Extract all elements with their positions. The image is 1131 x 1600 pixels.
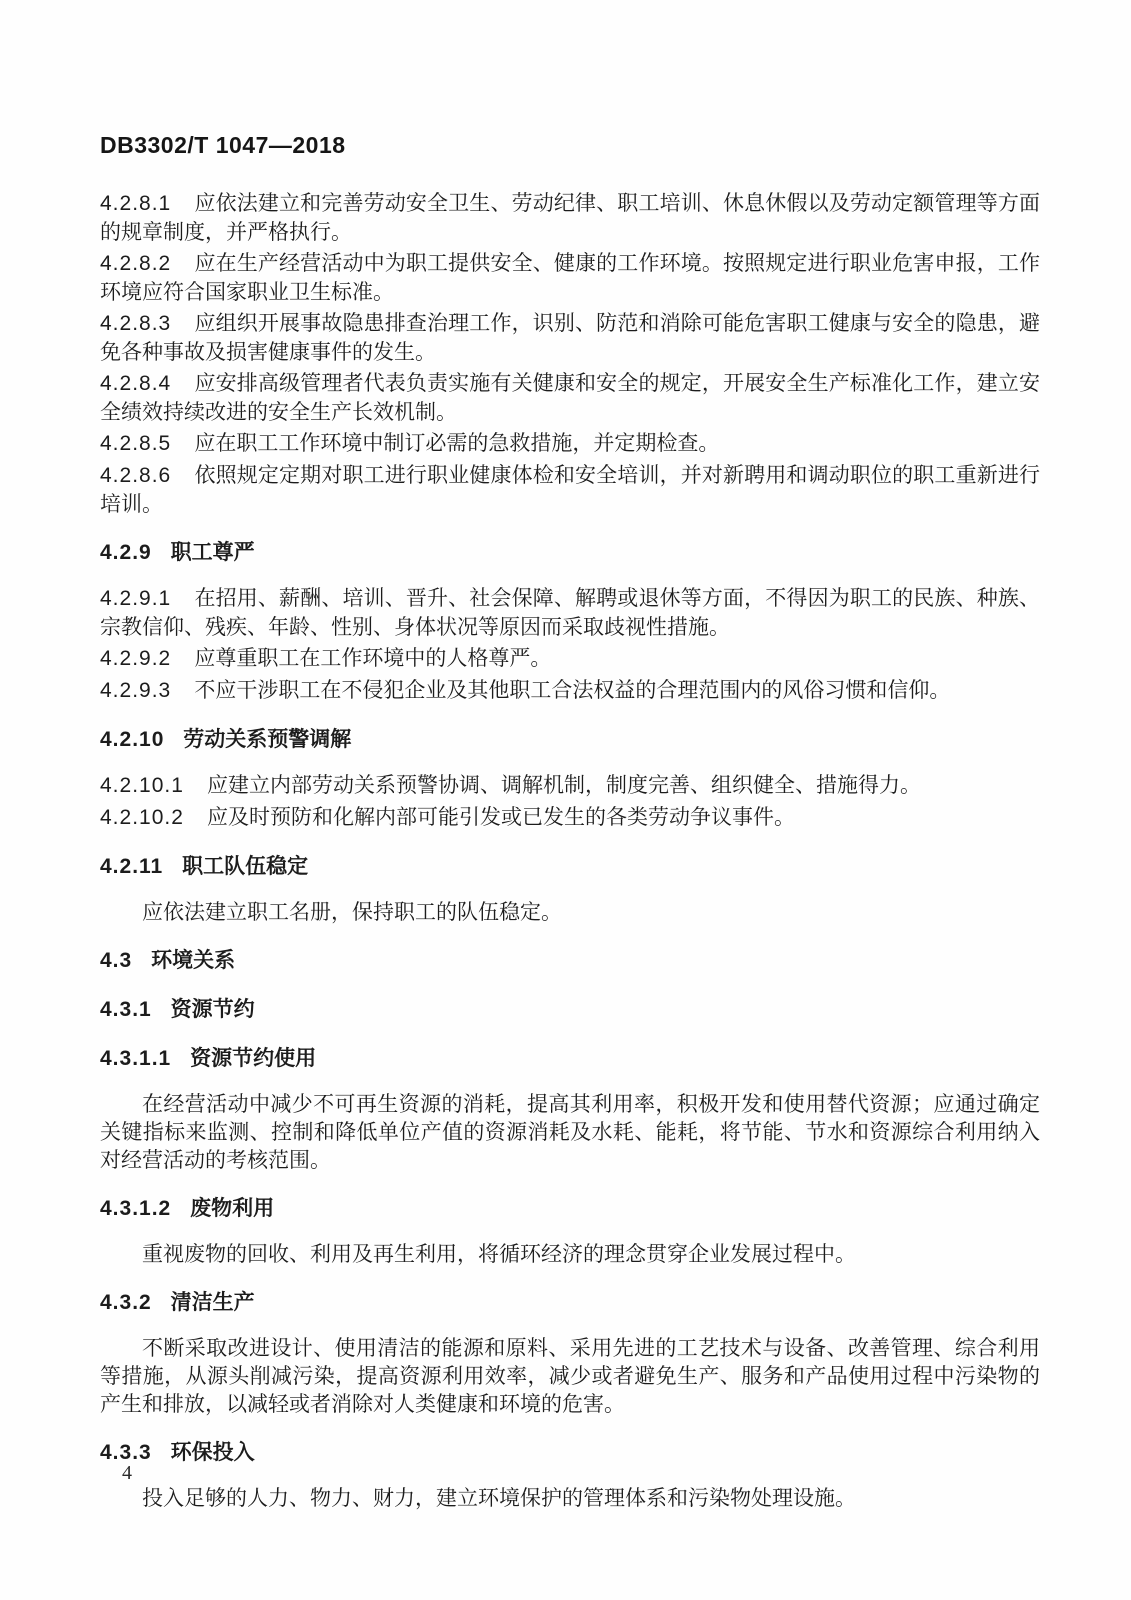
clause-number: 4.2.10.2 [100,806,184,829]
section-heading-4-3-2: 4.3.2清洁生产 [100,1289,1040,1317]
clause-4-2-8-5: 4.2.8.5应在职工工作环境中制订必需的急救措施，并定期检查。 [100,429,1040,458]
heading-text: 职工队伍稳定 [182,855,308,878]
document-body: 4.2.8.1应依法建立和完善劳动安全卫生、劳动纪律、职工培训、休息休假以及劳动… [100,189,1040,1512]
clause-4-2-9-1: 4.2.9.1在招用、薪酬、培训、晋升、社会保障、解聘或退休等方面，不得因为职工… [100,584,1040,641]
heading-number: 4.2.9 [100,541,152,564]
clause-text: 应及时预防和化解内部可能引发或已发生的各类劳动争议事件。 [207,805,795,829]
clause-text: 应在生产经营活动中为职工提供安全、健康的工作环境。按照规定进行职业危害申报，工作… [100,251,1040,304]
heading-number: 4.2.10 [100,728,164,751]
clause-4-2-9-3: 4.2.9.3不应干涉职工在不侵犯企业及其他职工合法权益的合理范围内的风俗习惯和… [100,676,1040,705]
clause-number: 4.2.9.2 [100,647,171,670]
clause-text: 在招用、薪酬、培训、晋升、社会保障、解聘或退休等方面，不得因为职工的民族、种族、… [100,586,1040,639]
clause-text: 依照规定定期对职工进行职业健康体检和安全培训，并对新聘用和调动职位的职工重新进行… [100,463,1040,516]
paragraph-4-3-1-1: 在经营活动中减少不可再生资源的消耗，提高其利用率，积极开发和使用替代资源；应通过… [100,1090,1040,1174]
clause-number: 4.2.8.6 [100,464,171,487]
heading-number: 4.2.11 [100,855,163,878]
heading-number: 4.3.3 [100,1441,152,1464]
clause-number: 4.2.8.2 [100,252,171,275]
heading-number: 4.3.1.2 [100,1197,171,1220]
heading-text: 劳动关系预警调解 [183,728,351,751]
clause-4-2-8-4: 4.2.8.4应安排高级管理者代表负责实施有关健康和安全的规定，开展安全生产标准… [100,369,1040,426]
clause-text: 应在职工工作环境中制订必需的急救措施，并定期检查。 [194,431,719,455]
clause-text: 应尊重职工在工作环境中的人格尊严。 [194,646,551,670]
heading-text: 职工尊严 [171,541,255,564]
section-heading-4-2-10: 4.2.10劳动关系预警调解 [100,726,1040,754]
heading-text: 环保投入 [171,1441,255,1464]
clause-number: 4.2.9.3 [100,679,171,702]
document-page: DB3302/T 1047—2018 4.2.8.1应依法建立和完善劳动安全卫生… [0,0,1131,1600]
clause-4-2-8-1: 4.2.8.1应依法建立和完善劳动安全卫生、劳动纪律、职工培训、休息休假以及劳动… [100,189,1040,246]
section-heading-4-3-3: 4.3.3环保投入 [100,1439,1040,1467]
section-heading-4-3-1-1: 4.3.1.1资源节约使用 [100,1045,1040,1073]
paragraph-4-2-11: 应依法建立职工名册，保持职工的队伍稳定。 [100,898,1040,926]
section-heading-4-3: 4.3环境关系 [100,947,1040,975]
clause-text: 应组织开展事故隐患排查治理工作，识别、防范和消除可能危害职工健康与安全的隐患，避… [100,311,1040,364]
heading-text: 资源节约 [171,998,255,1021]
paragraph-4-3-3: 投入足够的人力、物力、财力，建立环境保护的管理体系和污染物处理设施。 [100,1484,1040,1512]
heading-text: 环境关系 [151,949,235,972]
clause-4-2-8-3: 4.2.8.3应组织开展事故隐患排查治理工作，识别、防范和消除可能危害职工健康与… [100,309,1040,366]
clause-number: 4.2.8.5 [100,432,171,455]
clause-4-2-10-1: 4.2.10.1应建立内部劳动关系预警协调、调解机制，制度完善、组织健全、措施得… [100,771,1040,800]
section-heading-4-3-1: 4.3.1资源节约 [100,996,1040,1024]
section-heading-4-2-11: 4.2.11职工队伍稳定 [100,853,1040,881]
heading-number: 4.3.1.1 [100,1047,171,1070]
clause-text: 应依法建立和完善劳动安全卫生、劳动纪律、职工培训、休息休假以及劳动定额管理等方面… [100,191,1040,244]
section-heading-4-2-9: 4.2.9职工尊严 [100,539,1040,567]
clause-number: 4.2.8.4 [100,372,171,395]
heading-number: 4.3 [100,949,132,972]
clause-text: 不应干涉职工在不侵犯企业及其他职工合法权益的合理范围内的风俗习惯和信仰。 [194,678,950,702]
clause-number: 4.2.10.1 [100,774,184,797]
clause-number: 4.2.9.1 [100,587,171,610]
clause-text: 应建立内部劳动关系预警协调、调解机制，制度完善、组织健全、措施得力。 [207,773,921,797]
heading-number: 4.3.2 [100,1291,152,1314]
heading-number: 4.3.1 [100,998,152,1021]
heading-text: 资源节约使用 [190,1047,316,1070]
clause-4-2-8-6: 4.2.8.6依照规定定期对职工进行职业健康体检和安全培训，并对新聘用和调动职位… [100,461,1040,518]
clause-4-2-8-2: 4.2.8.2应在生产经营活动中为职工提供安全、健康的工作环境。按照规定进行职业… [100,249,1040,306]
clause-number: 4.2.8.3 [100,312,171,335]
paragraph-4-3-2: 不断采取改进设计、使用清洁的能源和原料、采用先进的工艺技术与设备、改善管理、综合… [100,1334,1040,1418]
paragraph-4-3-1-2: 重视废物的回收、利用及再生利用，将循环经济的理念贯穿企业发展过程中。 [100,1240,1040,1268]
clause-number: 4.2.8.1 [100,192,171,215]
clause-4-2-10-2: 4.2.10.2应及时预防和化解内部可能引发或已发生的各类劳动争议事件。 [100,803,1040,832]
section-heading-4-3-1-2: 4.3.1.2废物利用 [100,1195,1040,1223]
page-header: DB3302/T 1047—2018 [100,132,1039,159]
clause-text: 应安排高级管理者代表负责实施有关健康和安全的规定，开展安全生产标准化工作，建立安… [100,371,1040,424]
page-number: 4 [122,1462,132,1485]
heading-text: 废物利用 [190,1197,274,1220]
doc-number: DB3302/T 1047—2018 [100,132,1039,159]
heading-text: 清洁生产 [171,1291,255,1314]
clause-4-2-9-2: 4.2.9.2应尊重职工在工作环境中的人格尊严。 [100,644,1040,673]
